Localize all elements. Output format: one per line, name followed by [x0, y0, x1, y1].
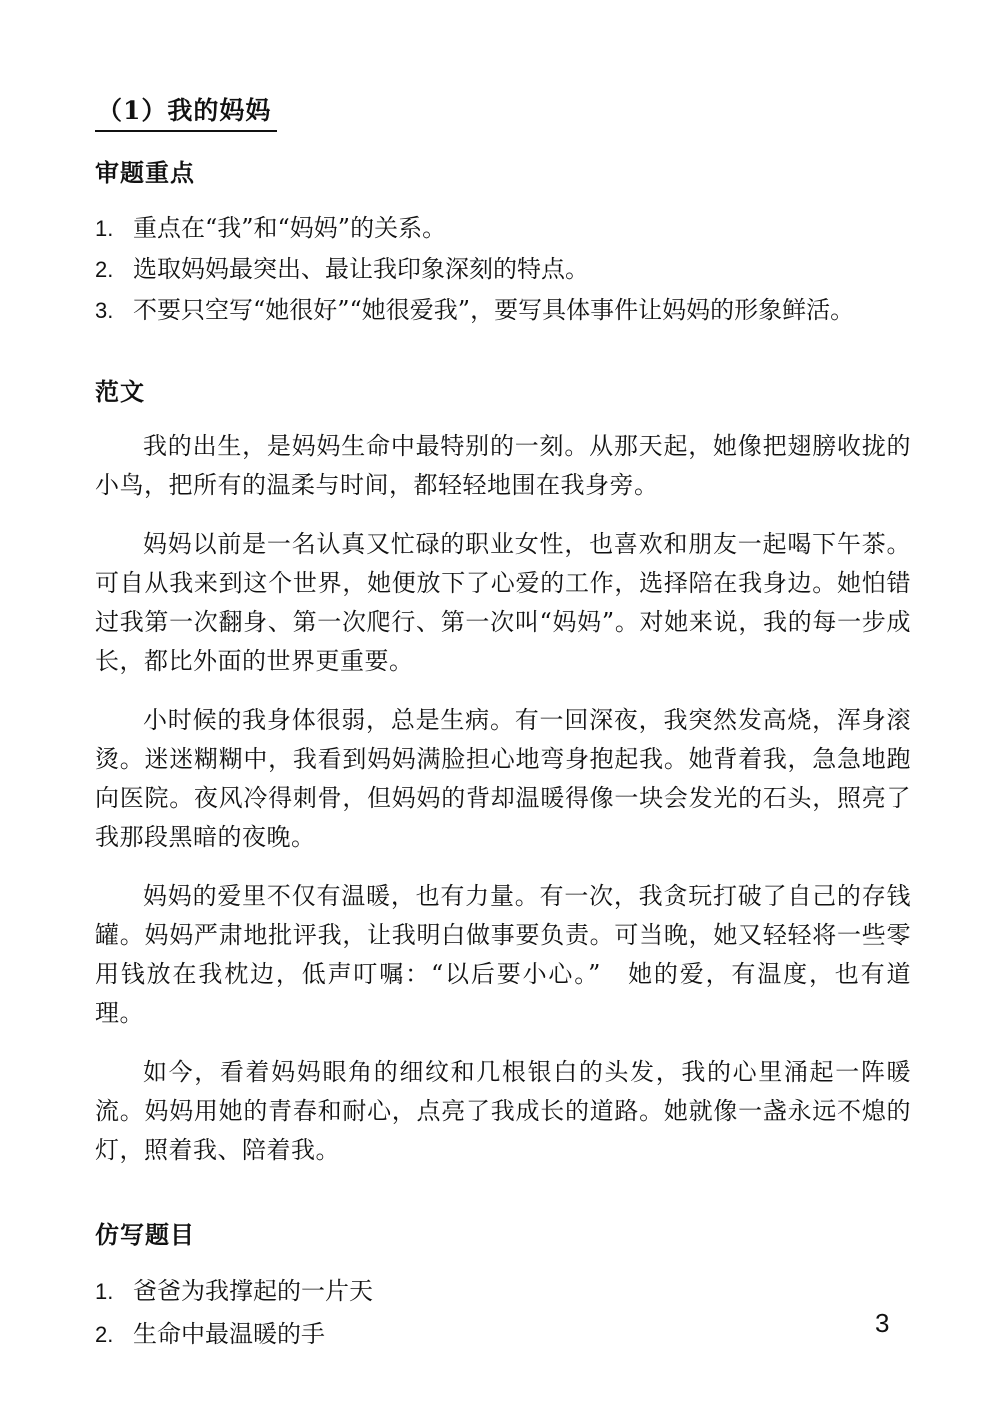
imitation-topics-list: 1.爸爸为我撑起的一片天 2.生命中最温暖的手 — [95, 1270, 911, 1356]
topic-analysis-item: 3.不要只空写“她很好”“她很爱我”，要写具体事件让妈妈的形象鲜活。 — [95, 290, 911, 331]
list-item-number: 2. — [95, 250, 133, 290]
list-item-number: 3. — [95, 291, 133, 331]
essay-paragraph-4: 妈妈的爱里不仅有温暖，也有力量。有一次，我贪玩打破了自己的存钱罐。妈妈严肃地批评… — [95, 877, 911, 1033]
essay-paragraph-5: 如今，看着妈妈眼角的细纹和几根银白的头发，我的心里涌起一阵暖流。妈妈用她的青春和… — [95, 1053, 911, 1170]
list-item-number: 1. — [95, 209, 133, 249]
imitation-topics-heading: 仿写题目 — [95, 1220, 911, 1250]
imitation-topic-item: 1.爸爸为我撑起的一片天 — [95, 1270, 911, 1313]
topic-analysis-list: 1.重点在“我”和“妈妈”的关系。 2.选取妈妈最突出、最让我印象深刻的特点。 … — [95, 208, 911, 331]
model-essay-heading: 范文 — [95, 377, 911, 407]
list-item-text: 爸爸为我撑起的一片天 — [133, 1277, 373, 1305]
list-item-number: 1. — [95, 1271, 133, 1313]
imitation-topic-item: 2.生命中最温暖的手 — [95, 1313, 911, 1356]
topic-analysis-item: 2.选取妈妈最突出、最让我印象深刻的特点。 — [95, 249, 911, 290]
essay-paragraph-1: 我的出生，是妈妈生命中最特别的一刻。从那天起，她像把翅膀收拢的小鸟，把所有的温柔… — [95, 427, 911, 505]
section-model-essay: 范文 我的出生，是妈妈生命中最特别的一刻。从那天起，她像把翅膀收拢的小鸟，把所有… — [95, 377, 911, 1170]
essay-paragraph-2: 妈妈以前是一名认真又忙碌的职业女性，也喜欢和朋友一起喝下午茶。可自从我来到这个世… — [95, 525, 911, 681]
section-imitation-topics: 仿写题目 1.爸爸为我撑起的一片天 2.生命中最温暖的手 — [95, 1220, 911, 1356]
page-title: （1）我的妈妈 — [95, 96, 277, 132]
document-content: （1）我的妈妈 审题重点 1.重点在“我”和“妈妈”的关系。 2.选取妈妈最突出… — [95, 96, 911, 1356]
section-topic-analysis: 审题重点 1.重点在“我”和“妈妈”的关系。 2.选取妈妈最突出、最让我印象深刻… — [95, 158, 911, 331]
page-number: 3 — [875, 1308, 889, 1339]
list-item-text: 重点在“我”和“妈妈”的关系。 — [133, 214, 446, 242]
list-item-text: 选取妈妈最突出、最让我印象深刻的特点。 — [133, 255, 589, 283]
document-page: （1）我的妈妈 审题重点 1.重点在“我”和“妈妈”的关系。 2.选取妈妈最突出… — [0, 0, 992, 1403]
list-item-number: 2. — [95, 1314, 133, 1356]
list-item-text: 不要只空写“她很好”“她很爱我”，要写具体事件让妈妈的形象鲜活。 — [133, 296, 854, 324]
topic-analysis-heading: 审题重点 — [95, 158, 911, 188]
essay-paragraph-3: 小时候的我身体很弱，总是生病。有一回深夜，我突然发高烧，浑身滚烫。迷迷糊糊中，我… — [95, 701, 911, 857]
topic-analysis-item: 1.重点在“我”和“妈妈”的关系。 — [95, 208, 911, 249]
list-item-text: 生命中最温暖的手 — [133, 1320, 325, 1348]
